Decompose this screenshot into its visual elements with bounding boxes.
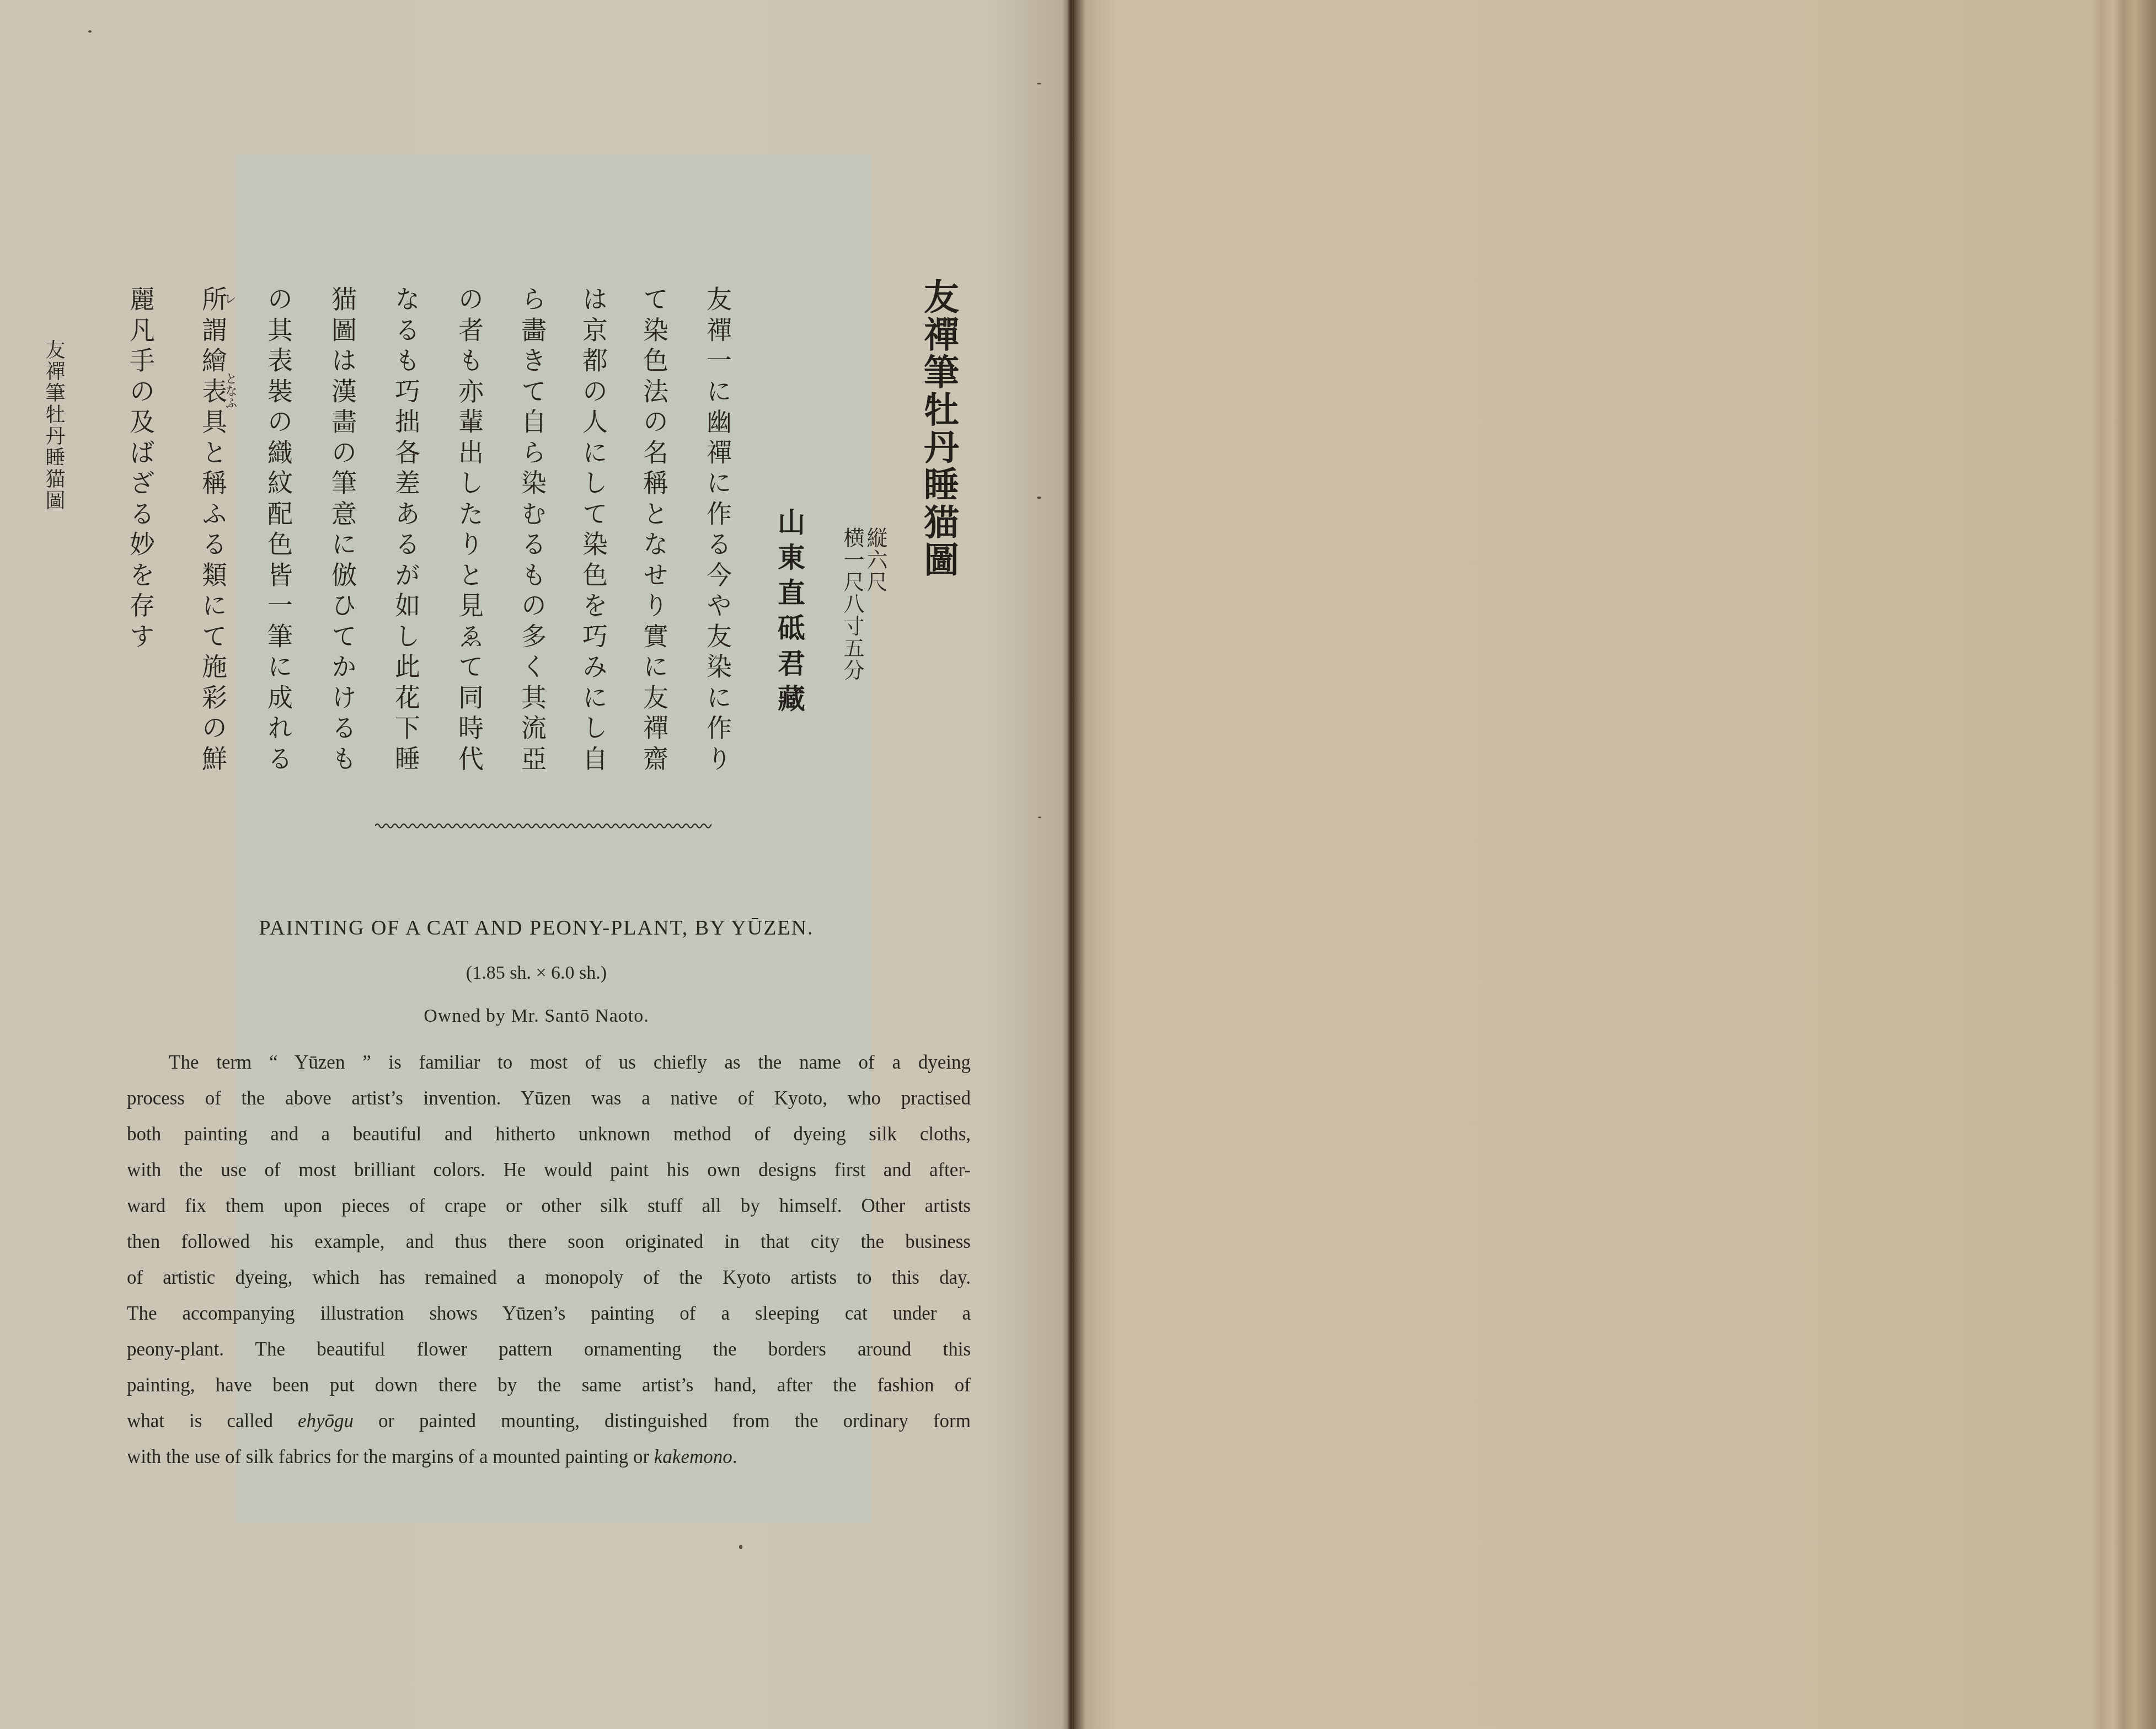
body-jp-column-4: ら畵きて自ら染むるもの多く其流亞 xyxy=(514,286,550,776)
paper-speck xyxy=(88,30,92,33)
body-jp-column-8: の其表裝の織紋配色皆一筆に成れる xyxy=(260,286,297,776)
ruby-tonau: となふ xyxy=(222,372,239,409)
english-owner: Owned by Mr. Santō Naoto. xyxy=(0,1006,1073,1027)
body-line-5: ward fix them upon pieces of crape or ot… xyxy=(127,1188,971,1224)
paper-speck xyxy=(1038,817,1041,818)
dimension-width-jp: 横一尺八寸五分 xyxy=(837,527,868,681)
book-gutter xyxy=(1067,0,1075,1729)
body-line-3: both painting and a beautiful and hither… xyxy=(127,1116,971,1152)
ruby-iwayuru: レ xyxy=(221,292,238,305)
term-ehyogu: ehyōgu xyxy=(298,1410,354,1432)
body-jp-column-3: は京都の人にして染色を巧みにし自 xyxy=(575,286,612,776)
paper-speck xyxy=(739,1545,742,1549)
body-jp-column-1: 友禪一に幽禪に作る今や友染に作り xyxy=(699,286,736,776)
line-12-text-a: with the use of silk fabrics for the mar… xyxy=(127,1446,654,1467)
english-body: The term “ Yūzen ” is familiar to most o… xyxy=(127,1044,971,1475)
paper-speck xyxy=(1037,497,1041,499)
body-line-2: process of the above artist’s invention.… xyxy=(127,1080,971,1116)
margin-title-jp: 友禪筆牡丹睡猫圖 xyxy=(40,339,68,511)
line-11-text-a: what is called xyxy=(127,1410,298,1432)
body-jp-column-9: 所謂繪表具と稱ふる類にて施彩の鮮 xyxy=(195,286,231,776)
body-jp-column-5: の者も亦輩出したりと見ゑて同時代 xyxy=(451,286,488,776)
line-12-text-b: . xyxy=(732,1446,737,1467)
body-jp-column-7: 猫圖は漢畵の筆意に倣ひてかけるも xyxy=(324,286,361,776)
body-jp-column-10: 麗凡手の及ばざる妙を存す xyxy=(122,286,159,653)
line-11-text-b: or painted mounting, distinguished from … xyxy=(354,1410,971,1432)
body-line-10: painting, have been put down there by th… xyxy=(127,1367,971,1403)
body-line-4: with the use of most brilliant colors. H… xyxy=(127,1152,971,1188)
body-jp-column-6: なるも巧拙各差あるが如し此花下睡 xyxy=(388,286,424,776)
body-line-6: then followed his example, and thus ther… xyxy=(127,1224,971,1260)
term-kakemono: kakemono xyxy=(654,1446,732,1467)
body-line-9: peony-plant. The beautiful flower patter… xyxy=(127,1331,971,1367)
body-line-12: with the use of silk fabrics for the mar… xyxy=(127,1439,971,1475)
body-line-7: of artistic dyeing, which has remained a… xyxy=(127,1260,971,1295)
japanese-title: 友禪筆牡丹睡猫圖 xyxy=(913,279,964,579)
body-line-8: The accompanying illustration shows Yūze… xyxy=(127,1295,971,1331)
paper-speck xyxy=(1037,83,1041,84)
english-dimensions: (1.85 sh. × 6.0 sh.) xyxy=(0,963,1073,984)
english-title: PAINTING OF A CAT AND PEONY-PLANT, BY YŪ… xyxy=(0,916,1073,940)
owner-jp: 山東直砥君藏 xyxy=(769,508,809,719)
wavy-divider xyxy=(375,819,711,830)
body-line-1: The term “ Yūzen ” is familiar to most o… xyxy=(127,1044,971,1080)
body-line-11: what is called ehyōgu or painted mountin… xyxy=(127,1403,971,1439)
body-jp-column-2: て染色法の名稱となせり實に友禪齋 xyxy=(636,286,672,776)
right-page-blank xyxy=(1073,0,2156,1729)
